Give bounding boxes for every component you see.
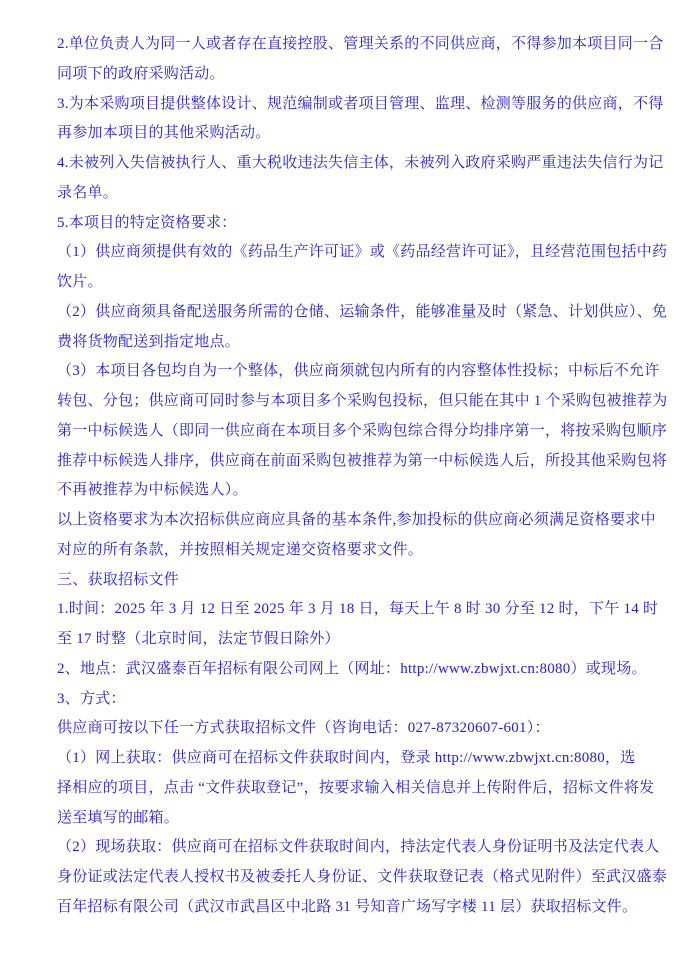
text-line: （3）本项目各包均自为一个整体，供应商须就包内所有的内容整体性投标；中标后不允许 [57, 357, 656, 387]
text-line: 以上资格要求为本次招标供应商应具备的基本条件,参加投标的供应商必须满足资格要求中 [57, 506, 656, 536]
text-line: 对应的所有条款，并按照相关规定递交资格要求文件。 [57, 536, 656, 566]
text-line: 至 17 时整（北京时间，法定节假日除外） [57, 625, 656, 655]
text-line: 送至填写的邮箱。 [57, 804, 656, 834]
text-line: （1）网上获取：供应商可在招标文件获取时间内，登录 http://www.zbw… [57, 744, 656, 774]
text-line: 同项下的政府采购活动。 [57, 60, 656, 90]
text-line: 转包、分包；供应商可同时参与本项目多个采购包投标，但只能在其中 1 个采购包被推… [57, 387, 656, 417]
text-line: （1）供应商须提供有效的《药品生产许可证》或《药品经营许可证》，且经营范围包括中… [57, 238, 656, 268]
text-line: 3.为本采购项目提供整体设计、规范编制或者项目管理、监理、检测等服务的供应商，不… [57, 90, 656, 120]
text-line: 再参加本项目的其他采购活动。 [57, 119, 656, 149]
text-line: （2）供应商须具备配送服务所需的仓储、运输条件，能够准量及时（紧急、计划供应）、… [57, 298, 656, 328]
text-line: 费将货物配送到指定地点。 [57, 328, 656, 358]
text-line: 不再被推荐为中标候选人）。 [57, 476, 656, 506]
text-line: 2、地点：武汉盛泰百年招标有限公司网上（网址：http://www.zbwjxt… [57, 655, 656, 685]
text-line: 供应商可按以下任一方式获取招标文件（咨询电话：027-87320607-601）… [57, 714, 656, 744]
document-page: 2.单位负责人为同一人或者存在直接控股、管理关系的不同供应商，不得参加本项目同一… [0, 0, 696, 957]
text-line: 3、方式： [57, 685, 656, 715]
text-line: 推荐中标候选人排序，供应商在前面采购包被推荐为第一中标候选人后，所投其他采购包将 [57, 447, 656, 477]
text-line: 1.时间：2025 年 3 月 12 日至 2025 年 3 月 18 日，每天… [57, 595, 656, 625]
text-line: 5.本项目的特定资格要求： [57, 209, 656, 239]
text-line: 身份证或法定代表人授权书及被委托人身份证、文件获取登记表（格式见附件）至武汉盛泰 [57, 863, 656, 893]
text-line: 4.未被列入失信被执行人、重大税收违法失信主体，未被列入政府采购严重违法失信行为… [57, 149, 656, 179]
text-line: 2.单位负责人为同一人或者存在直接控股、管理关系的不同供应商，不得参加本项目同一… [57, 30, 656, 60]
text-line: 录名单。 [57, 179, 656, 209]
text-line: （2）现场获取：供应商可在招标文件获取时间内，持法定代表人身份证明书及法定代表人 [57, 833, 656, 863]
text-line: 百年招标有限公司（武汉市武昌区中北路 31 号知音广场写字楼 11 层）获取招标… [57, 893, 656, 923]
section-heading: 三、获取招标文件 [57, 566, 656, 596]
document-body: 2.单位负责人为同一人或者存在直接控股、管理关系的不同供应商，不得参加本项目同一… [0, 0, 696, 923]
text-line: 第一中标候选人（即同一供应商在本项目多个采购包综合得分均排序第一，将按采购包顺序 [57, 417, 656, 447]
text-line: 择相应的项目，点击 “文件获取登记”，按要求输入相关信息并上传附件后，招标文件将… [57, 774, 656, 804]
text-line: 饮片。 [57, 268, 656, 298]
